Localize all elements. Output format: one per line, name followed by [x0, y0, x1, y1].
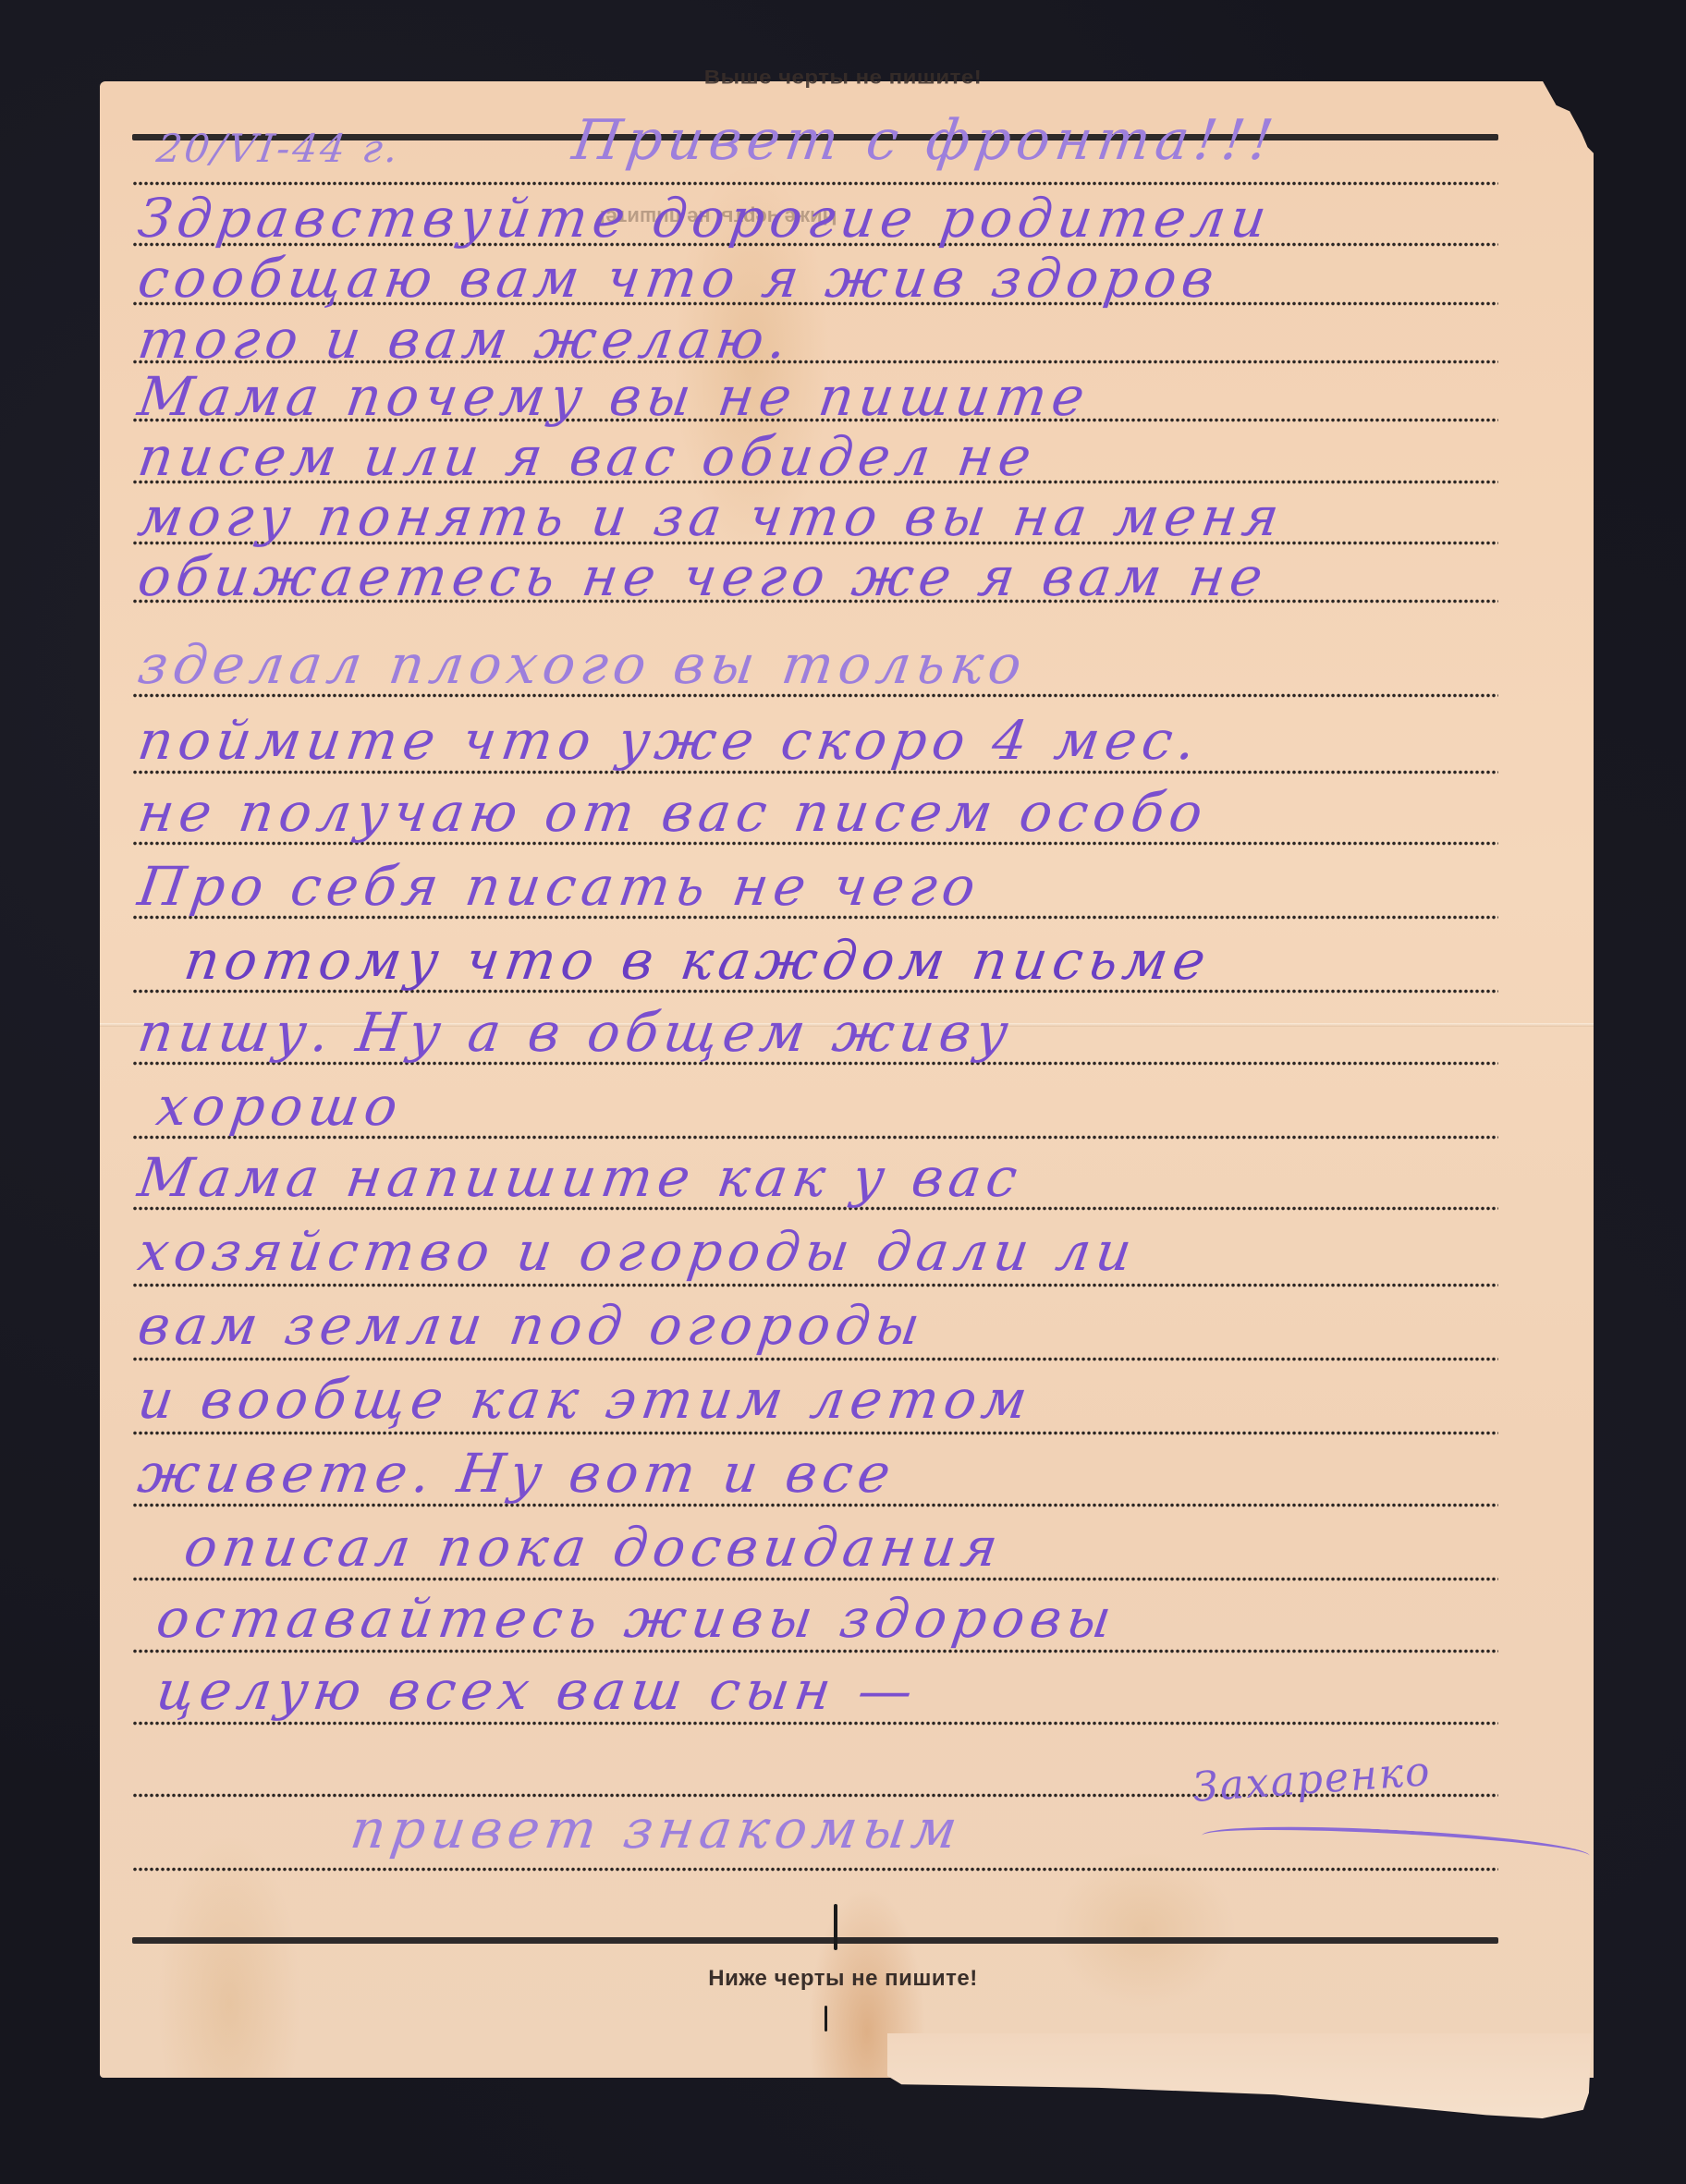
- letter-line: оставайтесь живы здоровы: [153, 1592, 1120, 1645]
- letter-line: описал пока досвидания: [181, 1520, 1007, 1574]
- letter-line: вам земли под огороды: [135, 1299, 928, 1352]
- letter-line: Мама почему вы не пишите: [135, 370, 1093, 423]
- letter-line: потому что в каждом письме: [181, 933, 1215, 987]
- letter-line: не получаю от вас писем особо: [135, 786, 1211, 839]
- letter-line: живете. Ну вот и все: [135, 1446, 899, 1500]
- letter-line: поймите что уже скоро 4 мес.: [135, 714, 1204, 767]
- ruled-line: [132, 1431, 1498, 1435]
- letter-line: писем или я вас обидел не: [135, 430, 1040, 483]
- ruled-line: [132, 1283, 1498, 1287]
- letter-date: 20/VI-44 г.: [154, 129, 403, 168]
- ruled-line: [132, 1867, 1498, 1872]
- letter-heading: Привет с фронта!!!: [569, 113, 1282, 168]
- letter-line: хорошо: [153, 1080, 407, 1133]
- bottom-print-instruction: Ниже черты не пишите!: [0, 1966, 1686, 1992]
- letter-line: обижаетесь не чего же я вам не: [135, 550, 1271, 604]
- letter-line: целую всех ваш сын —: [153, 1664, 922, 1717]
- ruled-line: [132, 181, 1498, 186]
- paper-tear-mark: [825, 2006, 827, 2031]
- letter-line: Про себя писать не чего: [135, 860, 984, 913]
- letter-line: Здравствуйте дорогие родители: [135, 191, 1275, 245]
- letter-line: сообщаю вам что я жив здоров: [135, 251, 1223, 305]
- letter-line: могу понять и за что вы на меня: [135, 490, 1288, 543]
- letter-line: пишу. Ну а в общем живу: [135, 1006, 1017, 1059]
- letter-line: привет знакомым: [348, 1802, 966, 1856]
- letter-line: зделал плохого вы только: [135, 638, 1031, 691]
- paper-tear-mark: [834, 1904, 837, 1950]
- letter-line: хозяйство и огороды дали ли: [135, 1225, 1141, 1278]
- bottom-solid-rule: [132, 1937, 1498, 1944]
- letter-line: того и вам желаю.: [135, 312, 796, 366]
- letter-line: Мама напишите как у вас: [135, 1151, 1026, 1204]
- top-print-instruction: Выше черты не пишите!: [0, 66, 1686, 89]
- ruled-line: [132, 1357, 1498, 1361]
- letter-line: и вообще как этим летом: [135, 1373, 1036, 1426]
